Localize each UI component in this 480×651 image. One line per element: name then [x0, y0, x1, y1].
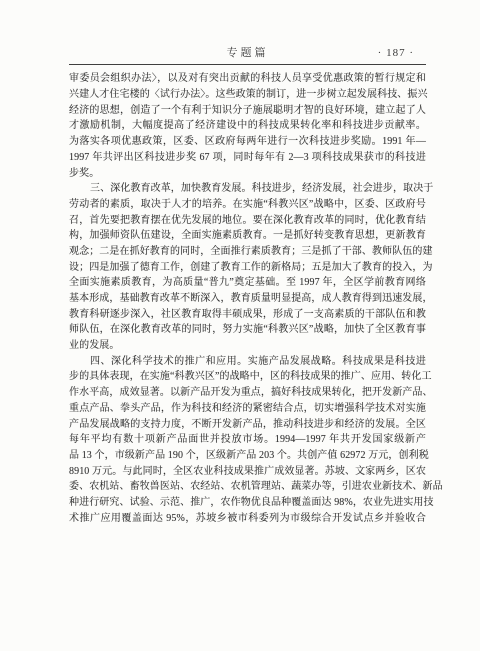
text-line: 才激励机制，大幅度提高了经济建设中的科技成果转化率和科技进步贡献率。 — [69, 118, 426, 134]
text-line: 8910 万元。与此同时，全区农业科技成果推广成效显著。苏坡、文家两乡，区农 — [69, 464, 426, 480]
paragraph-end-line: 步奖。 — [69, 166, 426, 182]
text-line: 教育科研逐步深入，社区教育取得丰硕成果，形成了一支高素质的干部队伍和教 — [69, 307, 426, 323]
text-line: 作水平高，成效显著。以新产品开发为重点，搞好科技成果转化，把开发新产品、 — [69, 385, 426, 401]
text-line: 术推广应用覆盖面达 95%，苏坡乡被市科委列为市级综合开发试点乡并验收合 — [69, 511, 426, 527]
page-content: 专题篇 · 187 · 审委员会组织办法〉，以及对有突出贡献的科技人员享受优惠政… — [69, 0, 426, 526]
text-line: 基本形成，基础教育改革不断深入，教育质量明显提高，成人教育得到迅速发展， — [69, 291, 426, 307]
text-line: 每年平均有数十项新产品面世并投放市场。1994—1997 年共开发国家级新产 — [69, 432, 426, 448]
text-line: 委、农机站、畜牧兽医站、农经站、农机管理站、蔬菜办等，引进农业新技术、新品 — [69, 479, 426, 495]
text-line: 重点产品、拳头产品，作为科技和经济的紧密结合点，切实增强科学技术对实施 — [69, 401, 426, 417]
text-line: 种进行研究、试验、示范、推广，农作物优良品种覆盖面达 98%，农业先进实用技 — [69, 495, 426, 511]
text-line: 品 13 个，市级新产品 190 个，区级新产品 203 个。共创产值 6297… — [69, 448, 426, 464]
document-page: 专题篇 · 187 · 审委员会组织办法〉，以及对有突出贡献的科技人员享受优惠政… — [0, 0, 480, 651]
text-line: 步的具体表现，在实施“科教兴区”的战略中，区的科技成果的推广、应用、转化工 — [69, 369, 426, 385]
text-line: 产品发展战略的支持力度，不断开发新产品，推动科技进步和经济的发展。全区 — [69, 417, 426, 433]
text-line: 经济的思想，创造了一个有利于知识分子施展聪明才智的良好环境，建立起了人 — [69, 103, 426, 119]
text-line: 全面实施素质教育，为高质量“普九”奠定基础。至 1997 年，全区学前教育网络 — [69, 275, 426, 291]
text-line: 召，首先要把教育摆在优先发展的地位。要在深化教育改革的同时，优化教育结 — [69, 213, 426, 229]
text-line: 兴建人才住宅楼的〈试行办法〉。这些政策的制订，进一步树立起发展科技、振兴 — [69, 87, 426, 103]
body-text: 审委员会组织办法〉，以及对有突出贡献的科技人员享受优惠政策的暂行规定和 兴建人才… — [69, 71, 426, 526]
paragraph-end-line: 业的发展。 — [69, 338, 426, 354]
text-line: 1997 年共评出区科技进步奖 67 项，同时每年有 2—3 项科技成果获市的科… — [69, 150, 426, 166]
text-line: 构，加强师资队伍建设，全面实施素质教育。一是抓好转变教育思想，更新教育 — [69, 228, 426, 244]
text-line: 观念；二是在抓好教育的同时，全面推行素质教育；三是抓了干部、教师队伍的建 — [69, 244, 426, 260]
section-heading-line: 三、深化教育改革，加快教育发展。科技进步，经济发展，社会进步，取决于 — [69, 181, 426, 197]
text-line: 为落实各项优惠政策，区委、区政府每两年进行一次科技进步奖励。1991 年— — [69, 134, 426, 150]
header-rule — [69, 64, 426, 65]
section-heading-line: 四、深化科学技术的推广和应用。实施产品发展战略。科技成果是科技进 — [69, 354, 426, 370]
section-title: 专题篇 — [69, 46, 426, 60]
text-line: 审委员会组织办法〉，以及对有突出贡献的科技人员享受优惠政策的暂行规定和 — [69, 71, 426, 87]
text-line: 师队伍，在深化教育改革的同时，努力实施“科教兴区”战略，加快了全区教育事 — [69, 322, 426, 338]
page-number: · 187 · — [378, 46, 414, 60]
text-line: 设；四是加强了德育工作，创建了教育工作的新格局；五是加大了教育的投入，为 — [69, 260, 426, 276]
page-header: 专题篇 · 187 · — [69, 0, 426, 60]
text-line: 劳动者的素质，取决于人才的培养。在实施“科教兴区”战略中，区委、区政府号 — [69, 197, 426, 213]
